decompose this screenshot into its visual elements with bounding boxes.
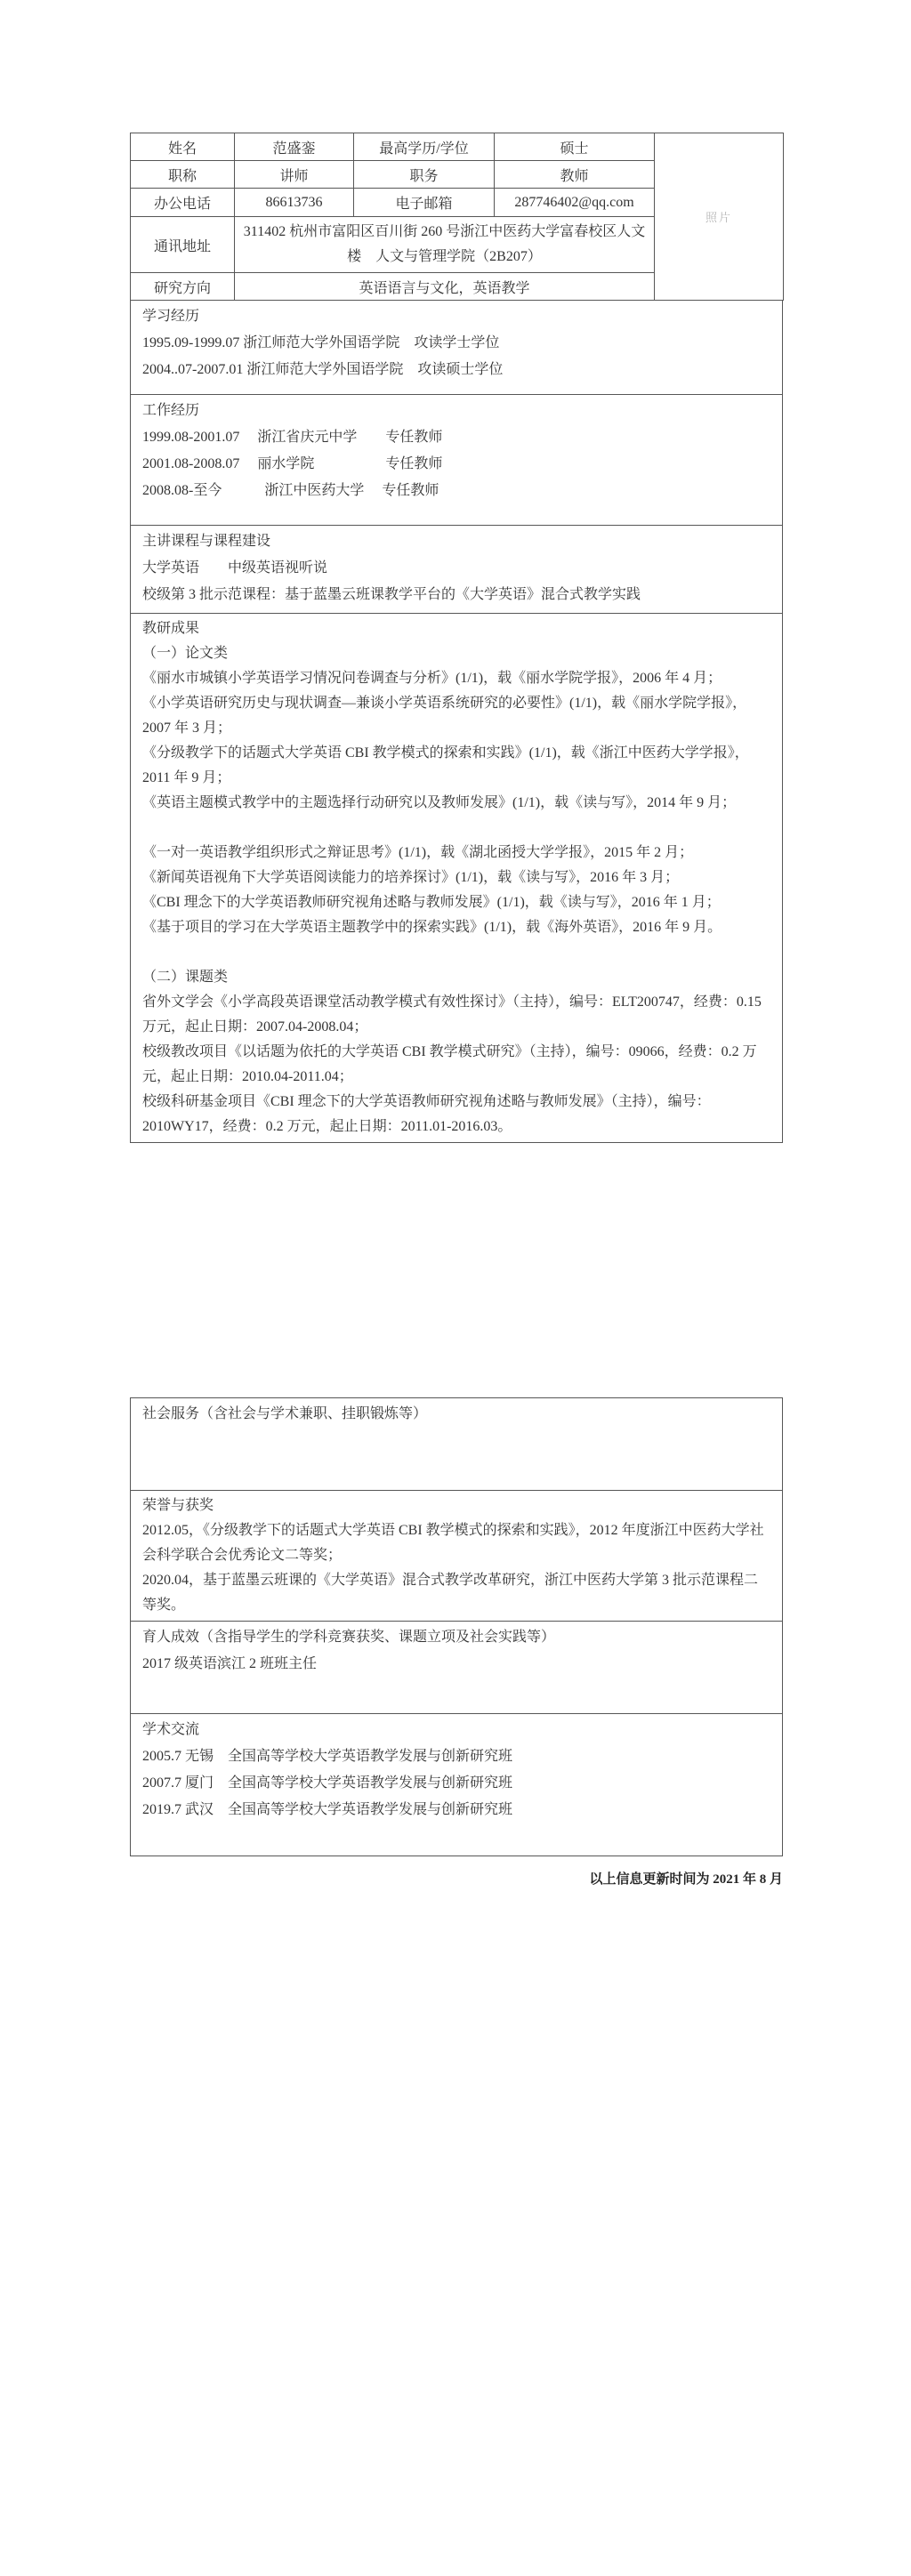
phone-value: 86613736 (235, 189, 354, 217)
text-line: 校级第 3 批示范课程：基于蓝墨云班课教学平台的《大学英语》混合式教学实践 (142, 582, 771, 608)
title-label: 职称 (131, 161, 235, 189)
section-honors-title: 荣誉与获奖 (142, 1493, 771, 1518)
name-label: 姓名 (131, 133, 235, 161)
research-value: 英语语言与文化，英语教学 (235, 273, 655, 301)
degree-label: 最高学历/学位 (354, 133, 495, 161)
text-line: 《基于项目的学习在大学英语主题教学中的探索实践》(1/1)，载《海外英语》，20… (142, 915, 771, 940)
section-honors: 荣誉与获奖 2012.05，《分级教学下的话题式大学英语 CBI 教学模式的探索… (130, 1491, 783, 1622)
page-gap (130, 1143, 783, 1397)
text-line: 2001.08-2008.07 丽水学院 专任教师 (142, 451, 771, 478)
section-research-achievements: 教研成果 （一）论文类《丽水市城镇小学英语学习情况问卷调查与分析》(1/1)，载… (130, 614, 783, 1143)
section-education-title: 学习经历 (142, 303, 771, 330)
section-work-experience: 工作经历 1999.08-2001.07 浙江省庆元中学 专任教师2001.08… (130, 395, 783, 526)
text-line: 《一对一英语教学组织形式之辩证思考》(1/1)，载《湖北函授大学学报》，2015… (142, 841, 771, 865)
email-label: 电子邮箱 (354, 189, 495, 217)
profile-table: 姓名 范盛銮 最高学历/学位 硕士 照片 职称 讲师 职务 教师 办公电话 86… (130, 133, 784, 301)
section-exchange-title: 学术交流 (142, 1717, 771, 1743)
address-value: 311402 杭州市富阳区百川街 260 号浙江中医药大学富春校区人文楼 人文与… (235, 217, 655, 273)
text-line: （一）论文类 (142, 641, 771, 666)
research-label: 研究方向 (131, 273, 235, 301)
text-line: 2008.08-至今 浙江中医药大学 专任教师 (142, 478, 771, 504)
title-value: 讲师 (235, 161, 354, 189)
section-courses: 主讲课程与课程建设 大学英语 中级英语视听说校级第 3 批示范课程：基于蓝墨云班… (130, 526, 783, 614)
text-line: 校级科研基金项目《CBI 理念下的大学英语教师研究视角述略与教师发展》（主持），… (142, 1090, 771, 1139)
text-line: 1995.09-1999.07 浙江师范大学外国语学院 攻读学士学位 (142, 330, 771, 357)
text-line: 2020.04，基于蓝墨云班课的《大学英语》混合式教学改革研究，浙江中医药大学第… (142, 1568, 771, 1618)
text-line: （二）课题类 (142, 965, 771, 990)
cv-document: 姓名 范盛銮 最高学历/学位 硕士 照片 职称 讲师 职务 教师 办公电话 86… (130, 133, 783, 1888)
section-mentoring: 育人成效（含指导学生的学科竞赛获奖、课题立项及社会实践等） 2017 级英语滨江… (130, 1622, 783, 1714)
text-line: 2005.7 无锡 全国高等学校大学英语教学发展与创新研究班 (142, 1743, 771, 1770)
email-value: 287746402@qq.com (495, 189, 655, 217)
photo-placeholder: 照片 (655, 133, 784, 301)
text-line (142, 816, 771, 841)
section-academic-exchange: 学术交流 2005.7 无锡 全国高等学校大学英语教学发展与创新研究班2007.… (130, 1714, 783, 1856)
duty-value: 教师 (495, 161, 655, 189)
section-mentoring-title: 育人成效（含指导学生的学科竞赛获奖、课题立项及社会实践等） (142, 1624, 771, 1651)
degree-value: 硕士 (495, 133, 655, 161)
section-work-content: 1999.08-2001.07 浙江省庆元中学 专任教师2001.08-2008… (142, 424, 771, 504)
text-line: 《丽水市城镇小学英语学习情况问卷调查与分析》(1/1)，载《丽水学院学报》，20… (142, 666, 771, 691)
text-line: 《英语主题模式教学中的主题选择行动研究以及教师发展》(1/1)，载《读与写》，2… (142, 791, 771, 816)
update-timestamp-note: 以上信息更新时间为 2021 年 8 月 (130, 1869, 783, 1888)
text-line: 2007.7 厦门 全国高等学校大学英语教学发展与创新研究班 (142, 1770, 771, 1797)
text-line: 校级教改项目《以话题为依托的大学英语 CBI 教学模式研究》（主持），编号：09… (142, 1040, 771, 1090)
text-line (142, 940, 771, 965)
text-line: 2017 级英语滨江 2 班班主任 (142, 1651, 771, 1678)
section-honors-content: 2012.05，《分级教学下的话题式大学英语 CBI 教学模式的探索和实践》，2… (142, 1518, 771, 1618)
section-research-content: （一）论文类《丽水市城镇小学英语学习情况问卷调查与分析》(1/1)，载《丽水学院… (142, 641, 771, 1139)
text-line: 《小学英语研究历史与现状调查—兼谈小学英语系统研究的必要性》(1/1)，载《丽水… (142, 691, 771, 741)
section-exchange-content: 2005.7 无锡 全国高等学校大学英语教学发展与创新研究班2007.7 厦门 … (142, 1743, 771, 1823)
text-line: 省外文学会《小学高段英语课堂活动教学模式有效性探讨》（主持），编号：ELT200… (142, 990, 771, 1040)
duty-label: 职务 (354, 161, 495, 189)
text-line: 《新闻英语视角下大学英语阅读能力的培养探讨》(1/1)，载《读与写》，2016 … (142, 865, 771, 890)
text-line: 2019.7 武汉 全国高等学校大学英语教学发展与创新研究班 (142, 1797, 771, 1823)
section-social-service: 社会服务（含社会与学术兼职、挂职锻炼等） (130, 1397, 783, 1491)
phone-label: 办公电话 (131, 189, 235, 217)
section-education: 学习经历 1995.09-1999.07 浙江师范大学外国语学院 攻读学士学位2… (130, 301, 783, 395)
text-line: 1999.08-2001.07 浙江省庆元中学 专任教师 (142, 424, 771, 451)
text-line: 大学英语 中级英语视听说 (142, 555, 771, 582)
section-courses-content: 大学英语 中级英语视听说校级第 3 批示范课程：基于蓝墨云班课教学平台的《大学英… (142, 555, 771, 608)
name-value: 范盛銮 (235, 133, 354, 161)
section-work-title: 工作经历 (142, 398, 771, 424)
text-line: 2012.05，《分级教学下的话题式大学英语 CBI 教学模式的探索和实践》，2… (142, 1518, 771, 1568)
text-line: 2004..07-2007.01 浙江师范大学外国语学院 攻读硕士学位 (142, 357, 771, 383)
section-service-title: 社会服务（含社会与学术兼职、挂职锻炼等） (142, 1401, 771, 1428)
address-label: 通讯地址 (131, 217, 235, 273)
section-mentoring-content: 2017 级英语滨江 2 班班主任 (142, 1651, 771, 1678)
section-research-title: 教研成果 (142, 616, 771, 641)
text-line: 《CBI 理念下的大学英语教师研究视角述略与教师发展》(1/1)，载《读与写》，… (142, 890, 771, 915)
text-line: 《分级教学下的话题式大学英语 CBI 教学模式的探索和实践》(1/1)，载《浙江… (142, 741, 771, 791)
section-education-content: 1995.09-1999.07 浙江师范大学外国语学院 攻读学士学位2004..… (142, 330, 771, 383)
section-courses-title: 主讲课程与课程建设 (142, 528, 771, 555)
